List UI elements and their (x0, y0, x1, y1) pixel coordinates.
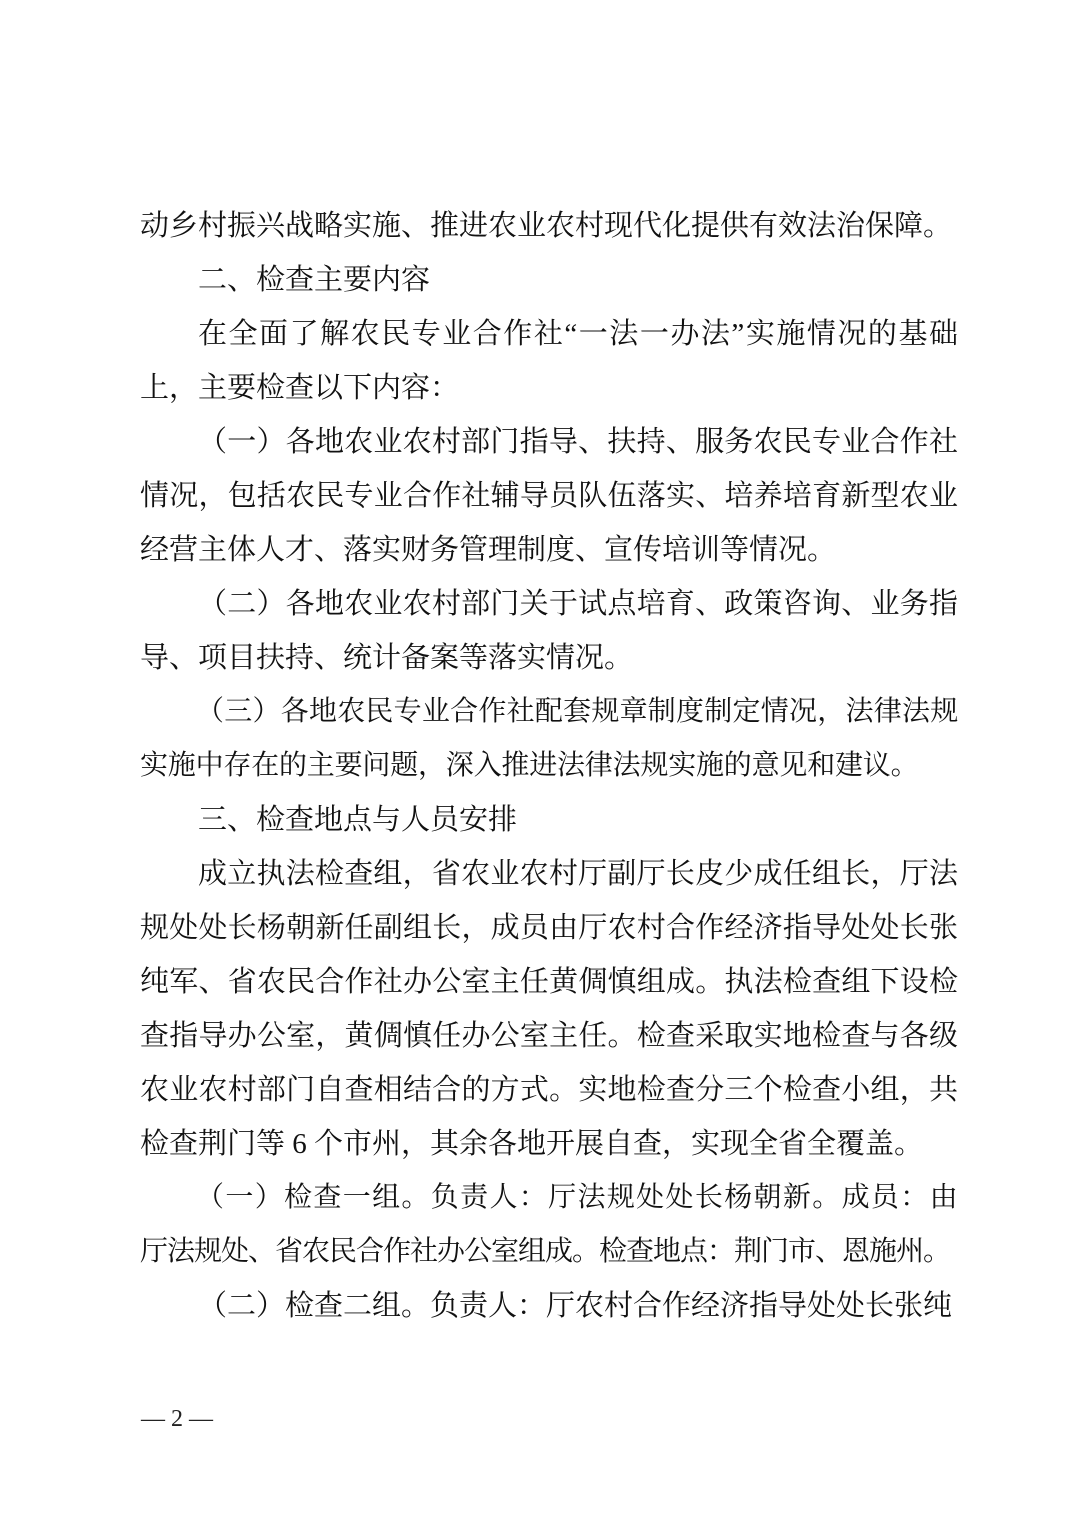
item-2-paragraph: （二）各地农业农村部门关于试点培育、政策咨询、业务指导、项目扶持、统计备案等落实… (140, 577, 958, 685)
document-body: 动乡村振兴战略实施、推进农业农村现代化提供有效法治保障。 二、检查主要内容 在全… (140, 199, 958, 1333)
paragraph-continuation: 动乡村振兴战略实施、推进农业农村现代化提供有效法治保障。 (140, 199, 958, 253)
group-2-paragraph: （二）检查二组。负责人：厅农村合作经济指导处处长张纯 (140, 1279, 958, 1333)
section-heading-2: 二、检查主要内容 (140, 253, 958, 307)
page-number: — 2 — (141, 1404, 213, 1434)
arrangement-paragraph: 成立执法检查组，省农业农村厅副厅长皮少成任组长，厅法规处处长杨朝新任副组长，成员… (140, 847, 958, 1171)
section-heading-3: 三、检查地点与人员安排 (140, 793, 958, 847)
item-1-paragraph: （一）各地农业农村部门指导、扶持、服务农民专业合作社情况，包括农民专业合作社辅导… (140, 415, 958, 577)
item-3-paragraph: （三）各地农民专业合作社配套规章制度制定情况，法律法规实施中存在的主要问题，深入… (140, 685, 958, 793)
document-page: 动乡村振兴战略实施、推进农业农村现代化提供有效法治保障。 二、检查主要内容 在全… (0, 0, 1074, 1520)
group-1-paragraph: （一）检查一组。负责人：厅法规处处长杨朝新。成员：由厅法规处、省农民合作社办公室… (140, 1171, 958, 1279)
intro-paragraph: 在全面了解农民专业合作社“一法一办法”实施情况的基础上，主要检查以下内容： (140, 307, 958, 415)
